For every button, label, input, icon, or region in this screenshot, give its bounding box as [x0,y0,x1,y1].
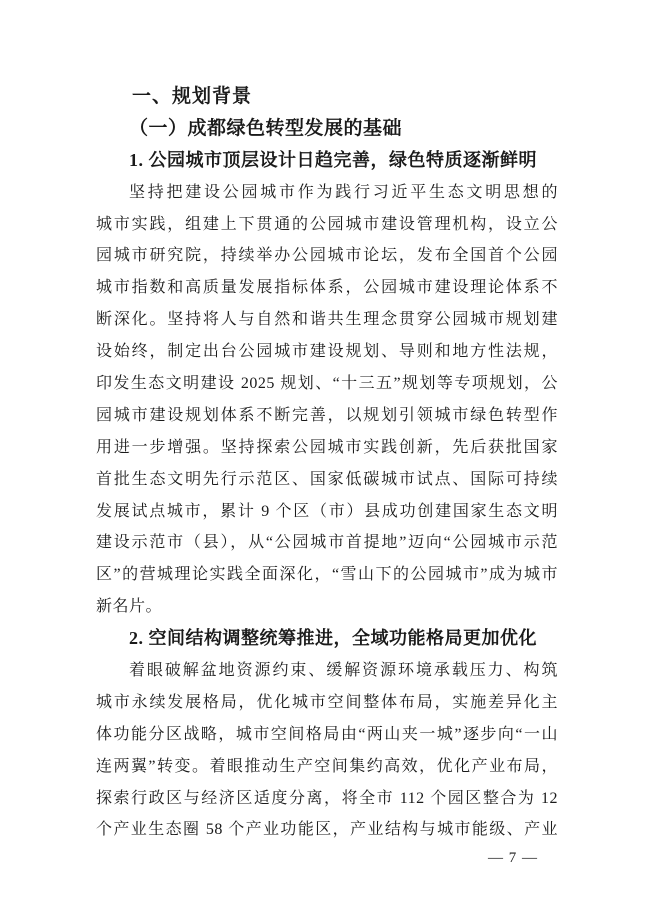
heading-line: 2. 空间结构调整统筹推进，全域功能格局更加优化 [96,623,558,655]
text-line: 印发生态文明建设 2025 规划、“十三五”规划等专项规划，公 [96,368,558,400]
text-line: 园城市建设规划体系不断完善，以规划引领城市绿色转型作 [96,400,558,432]
text-line: 坚持把建设公园城市作为践行习近平生态文明思想的 [96,177,558,209]
text-line: 用进一步增强。坚持探索公园城市实践创新，先后获批国家 [96,432,558,464]
text-line: 城市指数和高质量发展指标体系，公园城市建设理论体系不 [96,272,558,304]
heading-line: 一、规划背景 [96,81,558,113]
text-line: 体功能分区战略，城市空间格局由“两山夹一城”逐步向“一山 [96,719,558,751]
text-line: 连两翼”转变。着眼推动生产空间集约高效，优化产业布局， [96,751,558,783]
text-line: 首批生态文明先行示范区、国家低碳城市试点、国际可持续 [96,464,558,496]
page-number: — 7 — [488,845,538,871]
text-line: 新名片。 [96,591,558,623]
text-line: 着眼破解盆地资源约束、缓解资源环境承载压力、构筑 [96,655,558,687]
document-page: 一、规划背景（一）成都绿色转型发展的基础1. 公园城市顶层设计日趋完善，绿色特质… [0,0,650,919]
text-line: 发展试点城市，累计 9 个区（市）县成功创建国家生态文明 [96,496,558,528]
text-line: 断深化。坚持将人与自然和谐共生理念贯穿公园城市规划建 [96,304,558,336]
document-content: 一、规划背景（一）成都绿色转型发展的基础1. 公园城市顶层设计日趋完善，绿色特质… [96,81,558,846]
heading-line: 1. 公园城市顶层设计日趋完善，绿色特质逐渐鲜明 [96,145,558,177]
text-line: 城市实践，组建上下贯通的公园城市建设管理机构，设立公 [96,209,558,241]
text-line: 设始终，制定出台公园城市建设规划、导则和地方性法规， [96,336,558,368]
text-line: 探索行政区与经济区适度分离，将全市 112 个园区整合为 12 [96,783,558,815]
text-line: 园城市研究院，持续举办公园城市论坛，发布全国首个公园 [96,240,558,272]
text-line: 建设示范市（县），从“公园城市首提地”迈向“公园城市示范 [96,527,558,559]
text-line: 个产业生态圈 58 个产业功能区，产业结构与城市能级、产业 [96,814,558,846]
heading-line: （一）成都绿色转型发展的基础 [96,113,558,145]
text-line: 区”的营城理论实践全面深化，“雪山下的公园城市”成为城市 [96,559,558,591]
text-line: 城市永续发展格局，优化城市空间整体布局，实施差异化主 [96,687,558,719]
